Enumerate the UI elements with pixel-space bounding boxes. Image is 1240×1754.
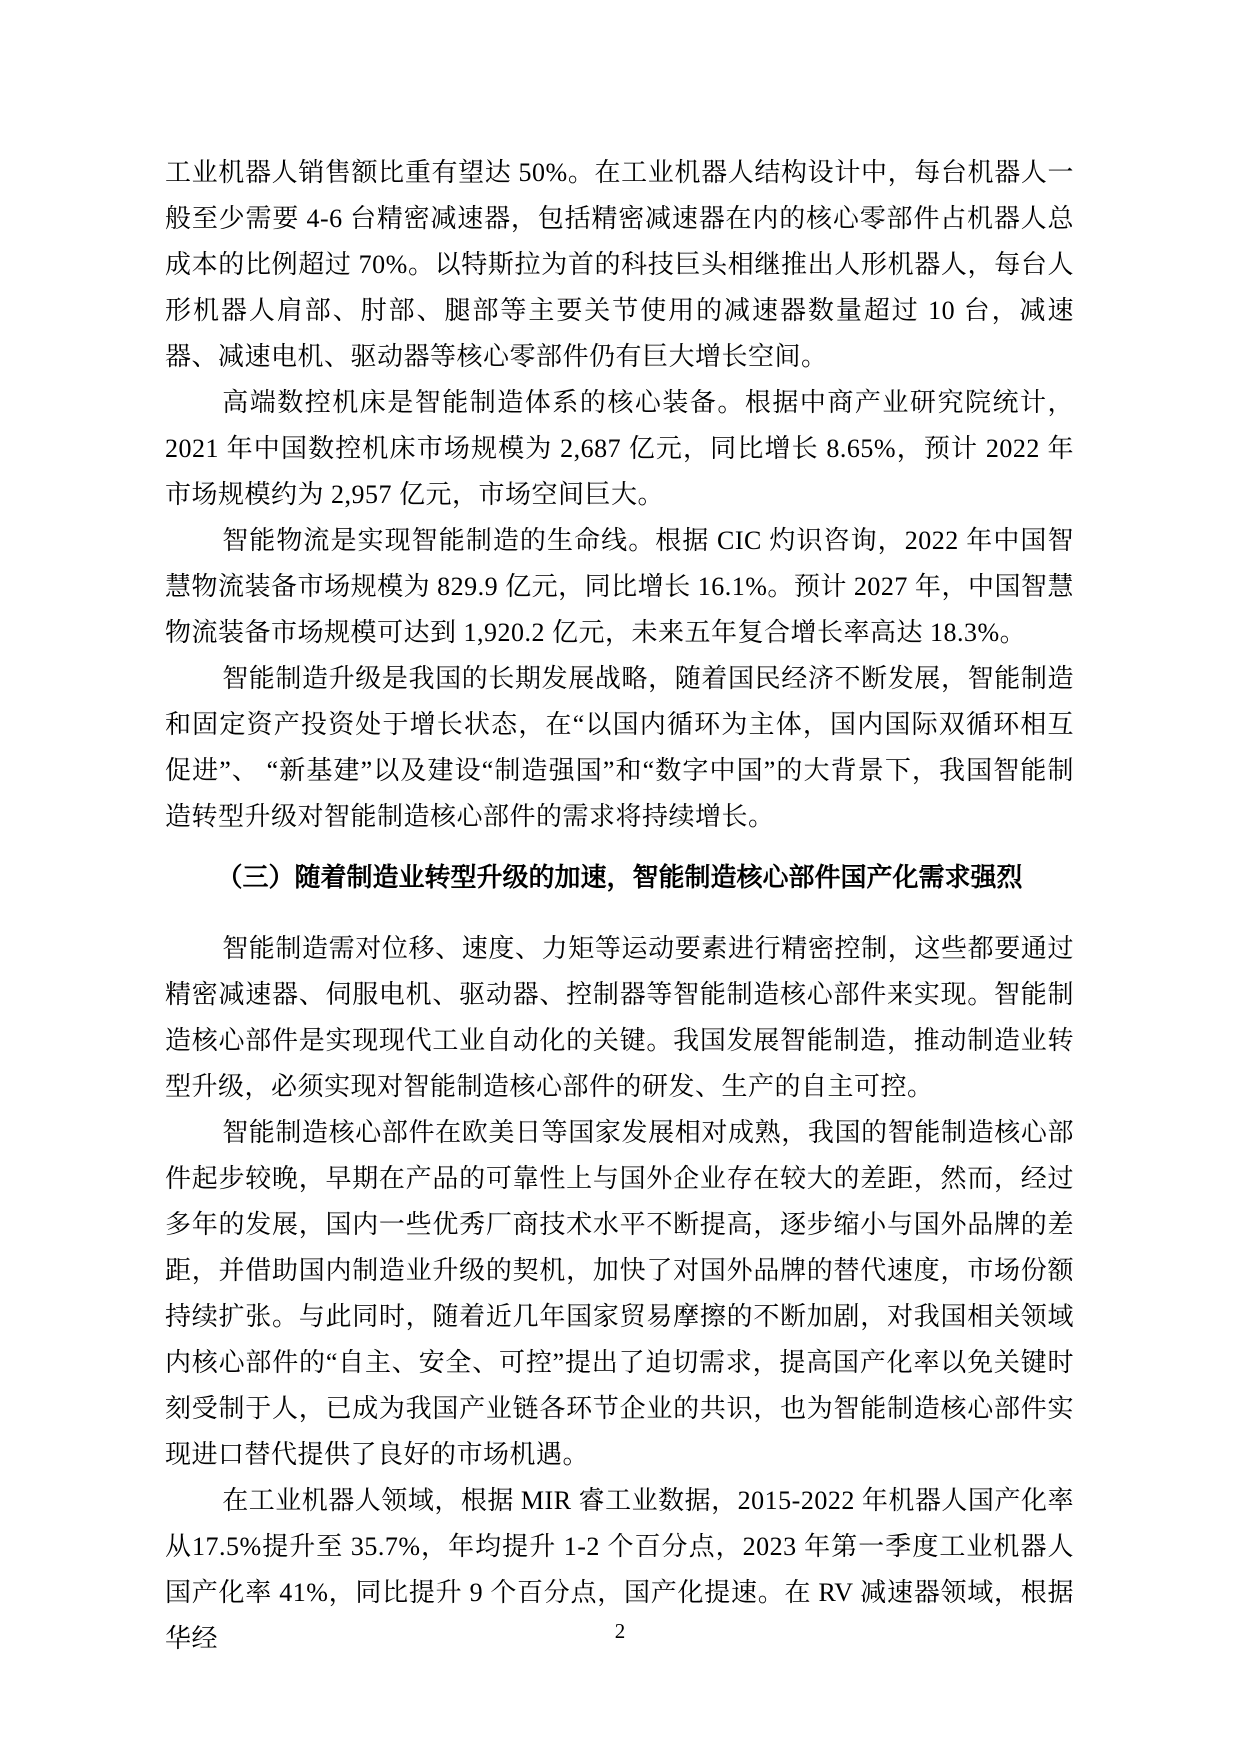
page-number: 2 xyxy=(615,1619,626,1643)
paragraph-smart-logistics: 智能物流是实现智能制造的生命线。根据 CIC 灼识咨询，2022 年中国智慧物流… xyxy=(165,518,1074,656)
paragraph-cnc-machine-tools: 高端数控机床是智能制造体系的核心装备。根据中商产业研究院统计，2021 年中国数… xyxy=(165,380,1074,518)
paragraph-core-components-control: 智能制造需对位移、速度、力矩等运动要素进行精密控制，这些都要通过精密减速器、伺服… xyxy=(165,926,1074,1110)
page-footer: 2 xyxy=(0,1616,1240,1646)
paragraph-smart-manufacturing-strategy: 智能制造升级是我国的长期发展战略，随着国民经济不断发展，智能制造和固定资产投资处… xyxy=(165,656,1074,840)
document-body: 工业机器人销售额比重有望达 50%。在工业机器人结构设计中，每台机器人一般至少需… xyxy=(165,150,1074,1662)
section-heading: （三）随着制造业转型升级的加速，智能制造核心部件国产化需求强烈 xyxy=(165,854,1074,900)
paragraph-domestic-substitution: 智能制造核心部件在欧美日等国家发展相对成熟，我国的智能制造核心部件起步较晚，早期… xyxy=(165,1110,1074,1478)
paragraph-robot-reducers: 工业机器人销售额比重有望达 50%。在工业机器人结构设计中，每台机器人一般至少需… xyxy=(165,150,1074,380)
document-page: 工业机器人销售额比重有望达 50%。在工业机器人结构设计中，每台机器人一般至少需… xyxy=(0,0,1240,1754)
